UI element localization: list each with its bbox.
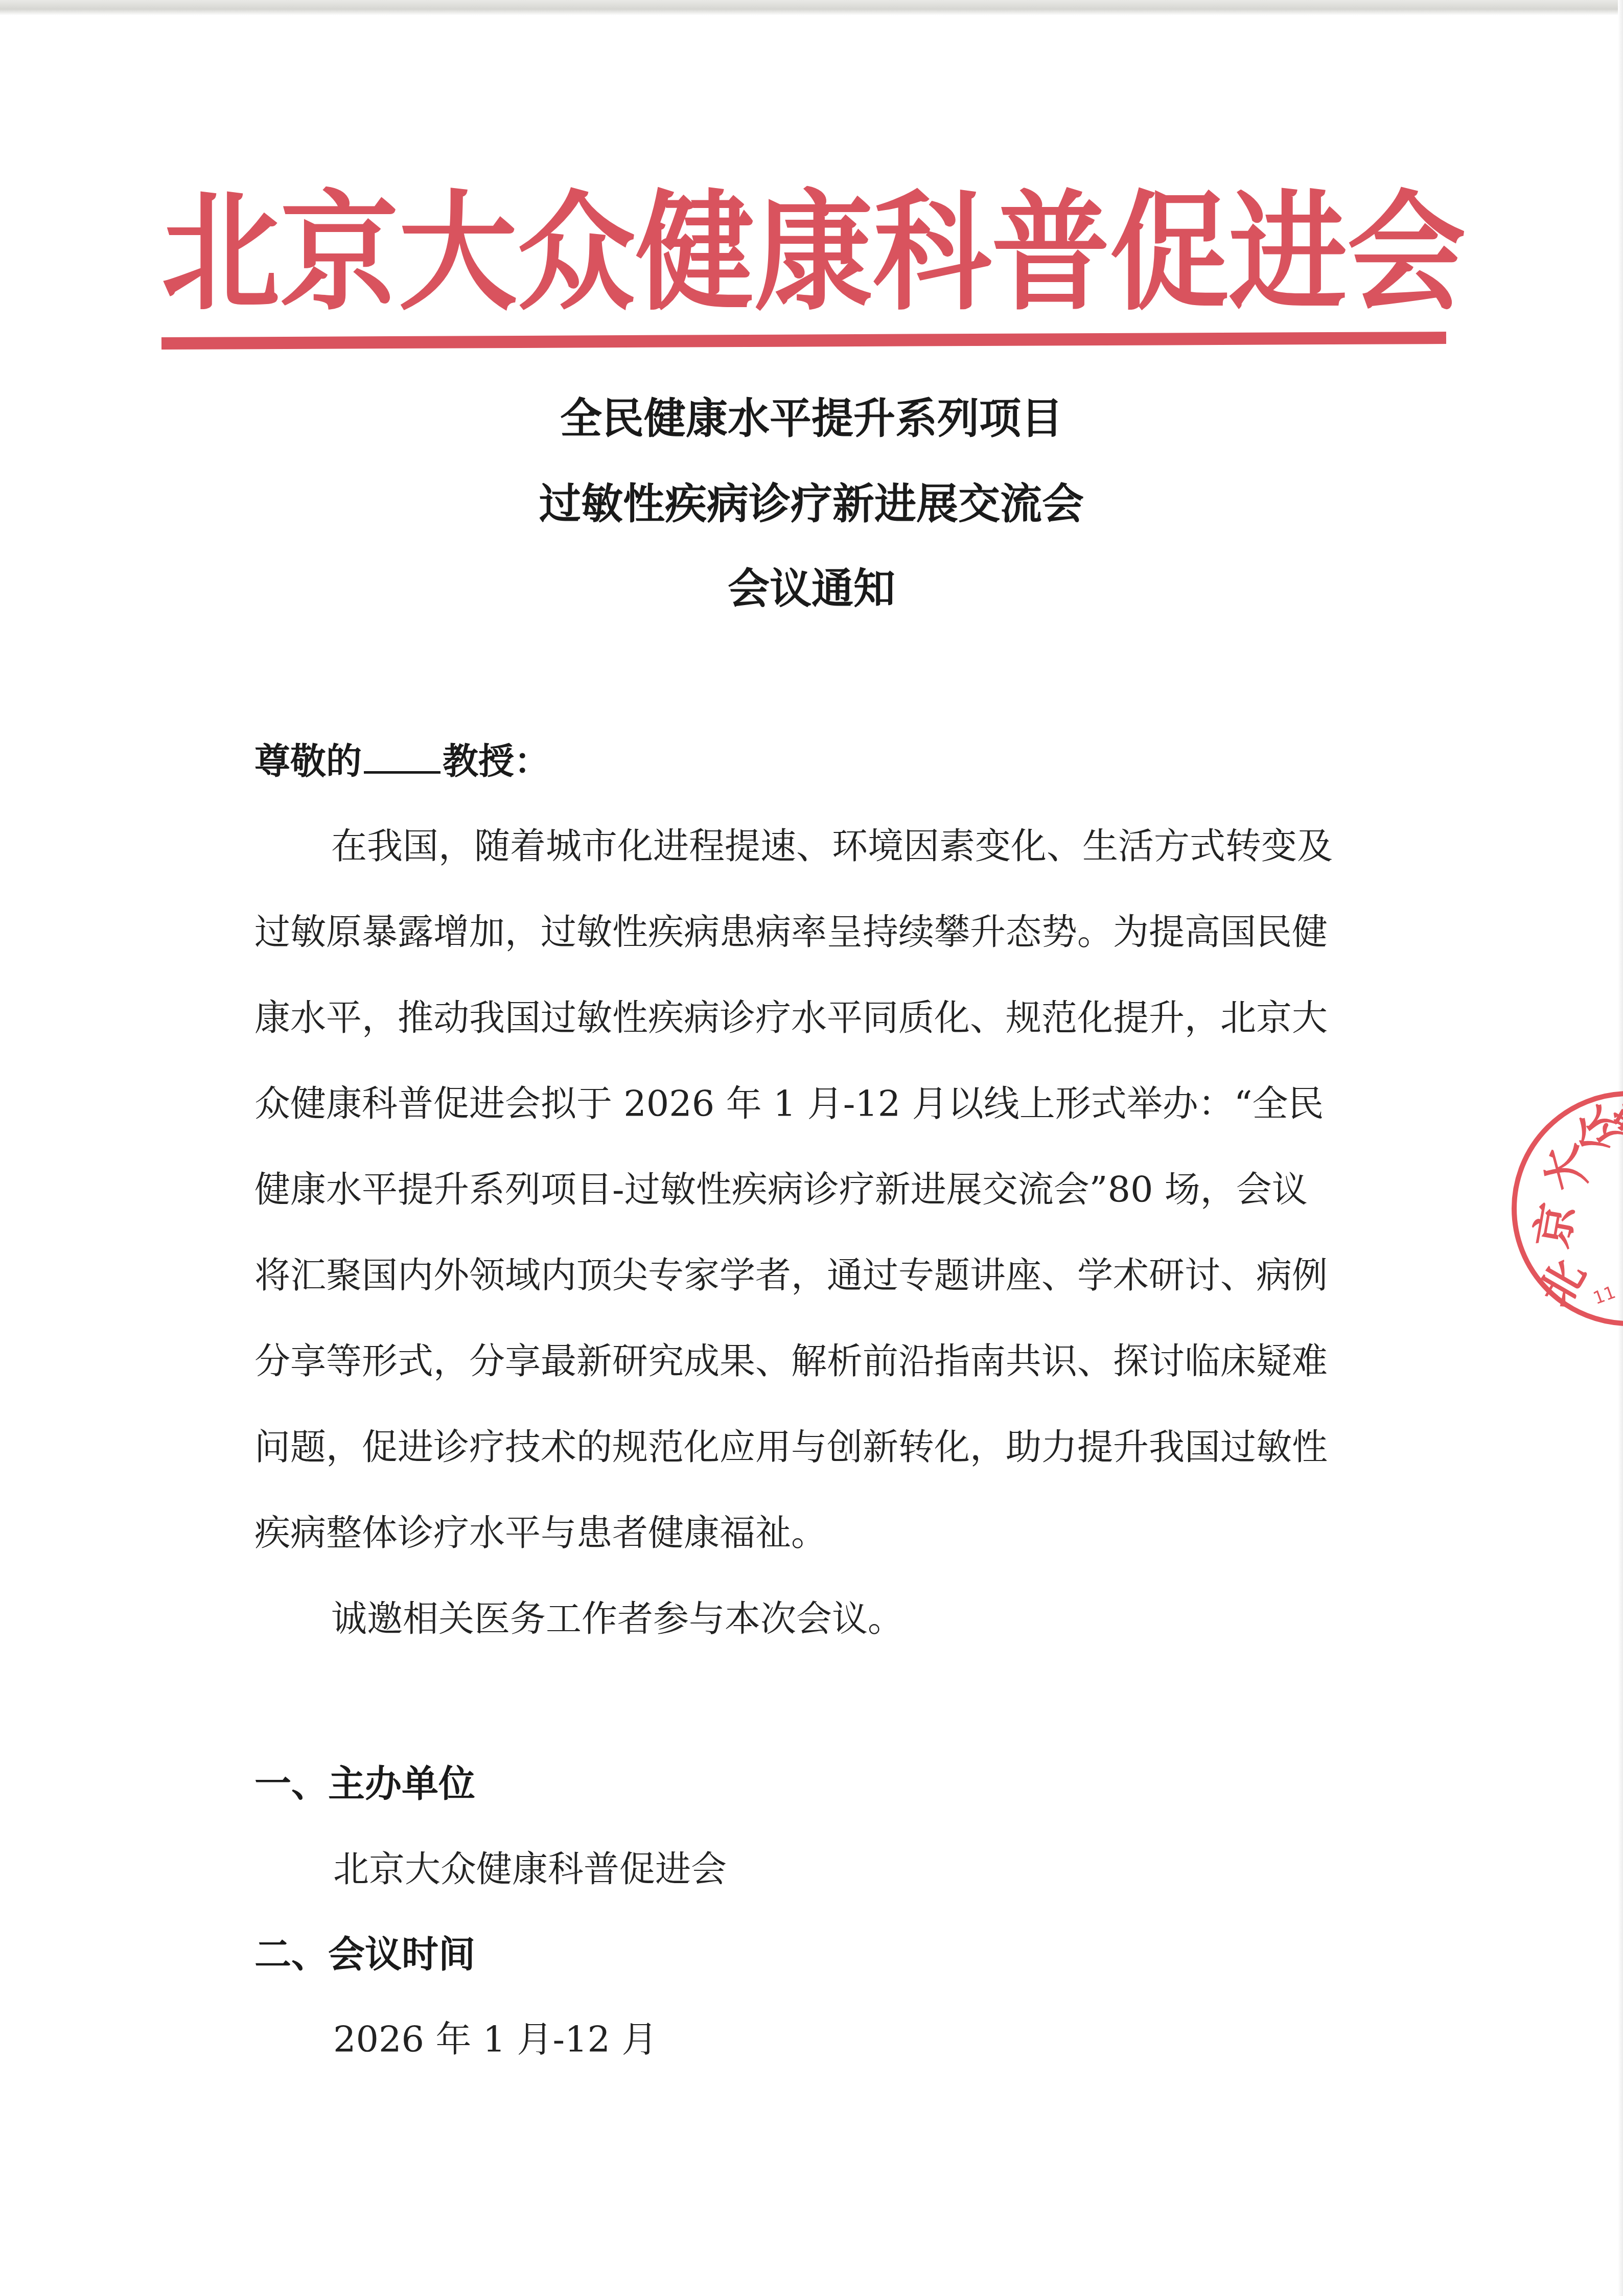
letterhead-char: 健	[636, 184, 754, 322]
salutation-prefix: 尊敬的	[254, 740, 362, 782]
letterhead-char: 众	[517, 184, 636, 322]
body-paragraph-1: 在我国，随着城市化进程提速、环境因素变化、生活方式转变及 过敏原暴露增加，过敏性…	[254, 803, 1384, 1576]
section-heading-meeting-time: 二、会议时间	[254, 1929, 475, 1980]
paragraph-line: 康水平，推动我国过敏性疾病诊疗水平同质化、规范化提升，北京大	[254, 975, 1384, 1061]
salutation-suffix: 教授：	[443, 740, 550, 782]
letterhead-char: 京	[280, 184, 399, 322]
name-blank-field	[364, 739, 440, 774]
paragraph-line: 健康水平提升系列项目-过敏性疾病诊疗新进展交流会”80 场，会议	[254, 1147, 1384, 1233]
paragraph-line: 将汇聚国内外领域内顶尖专家学者，通过专题讲座、学术研讨、病例	[254, 1233, 1384, 1318]
section-heading-organizer: 一、主办单位	[254, 1758, 475, 1809]
letterhead-char: 普	[991, 184, 1110, 322]
document-title-line-1: 全民健康水平提升系列项目	[0, 391, 1623, 447]
paragraph-line: 问题，促进诊疗技术的规范化应用与创新转化，助力提升我国过敏性	[254, 1404, 1384, 1490]
paragraph-line: 众健康科普促进会拟于 2026 年 1 月-12 月以线上形式举办：“全民	[254, 1061, 1384, 1147]
scan-edge-strip	[0, 0, 1623, 15]
paragraph-line: 分享等形式，分享最新研究成果、解析前沿指南共识、探讨临床疑难	[254, 1318, 1384, 1404]
section-content-meeting-time: 2026 年 1 月-12 月	[333, 2014, 657, 2065]
letterhead-char: 促	[1110, 184, 1228, 322]
paragraph-line: 诚邀相关医务工作者参与本次会议。	[254, 1576, 1384, 1662]
document-title-line-2: 过敏性疾病诊疗新进展交流会	[0, 476, 1623, 532]
letterhead-char: 进	[1228, 184, 1347, 322]
letterhead-char: 科	[873, 184, 991, 322]
paragraph-line: 在我国，随着城市化进程提速、环境因素变化、生活方式转变及	[254, 803, 1384, 889]
letterhead-char: 大	[399, 184, 517, 322]
body-paragraph-2: 诚邀相关医务工作者参与本次会议。	[254, 1576, 1384, 1662]
paragraph-line: 过敏原暴露增加，过敏性疾病患病率呈持续攀升态势。为提高国民健	[254, 889, 1384, 975]
document-title-line-3: 会议通知	[0, 561, 1623, 617]
paragraph-line: 疾病整体诊疗水平与患者健康福祉。	[254, 1490, 1384, 1576]
letterhead-red-rule	[161, 332, 1446, 350]
letterhead-organization-name: 北 京 大 众 健 康 科 普 促 进 会	[161, 189, 1446, 317]
salutation: 尊敬的教授：	[254, 736, 550, 787]
official-seal-stamp: 北 京 大 众 健 11	[1512, 1091, 1623, 1326]
letterhead-char: 北	[161, 184, 280, 322]
section-content-organizer: 北京大众健康科普促进会	[333, 1844, 727, 1895]
letterhead-char: 康	[754, 184, 873, 322]
letterhead-char: 会	[1347, 184, 1466, 322]
